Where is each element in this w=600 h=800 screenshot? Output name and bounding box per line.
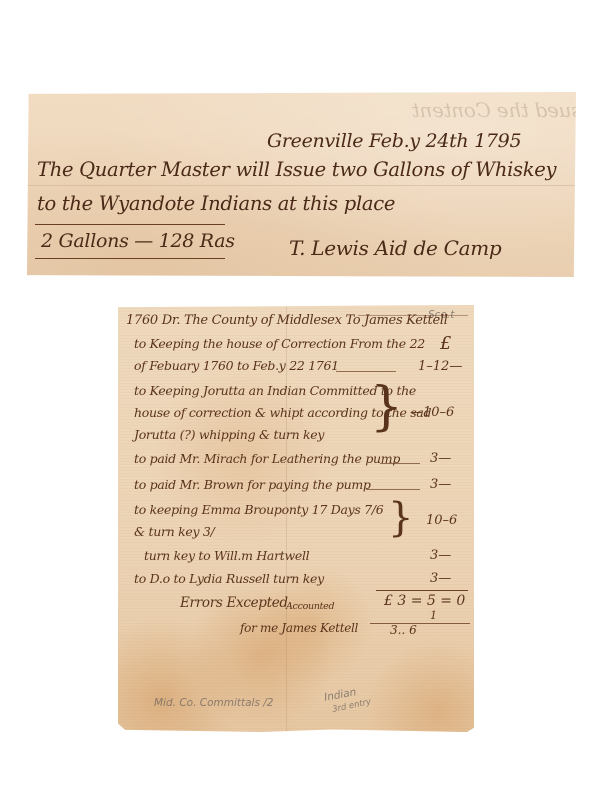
entry-7-text: to D.o to Lydia Russell turn key	[134, 571, 324, 586]
bracket-brace: }	[370, 377, 403, 437]
leader-line	[366, 489, 420, 490]
entry-6-amount: 3—	[430, 548, 451, 563]
fold-line	[27, 185, 576, 186]
document-photo: Pd. Issued the Content Greenville Feb.y …	[0, 0, 600, 800]
bill-total: £ 3 = 5 = 0	[384, 593, 465, 609]
slip-signature: T. Lewis Aid de Camp	[289, 236, 501, 260]
entry-5-amount: 10–6	[426, 513, 457, 528]
balance-rule	[370, 623, 470, 624]
slip-body-line-1: The Quarter Master will Issue two Gallon…	[37, 158, 556, 181]
entry-2-line-3: Jorutta (?) whipping & turn key	[134, 427, 324, 442]
county-bill-sheet: Sco.t 1760 Dr. The County of Middlesex T…	[118, 305, 474, 732]
pencil-note-left: Mid. Co. Committals /2	[154, 697, 274, 709]
entry-6-text: turn key to Will.m Hartwell	[144, 548, 309, 563]
whiskey-order-slip: Pd. Issued the Content Greenville Feb.y …	[27, 92, 576, 277]
entry-7-amount: 3—	[430, 571, 451, 586]
entry-5-line-2: & turn key 3/	[134, 524, 214, 539]
entry-4-amount: 3—	[430, 477, 451, 492]
balance-amount: 3.. 6	[390, 623, 417, 637]
leader-line	[336, 371, 396, 372]
slip-date-header: Greenville Feb.y 24th 1795	[267, 130, 521, 152]
entry-1-line-1: to Keeping the house of Correction From …	[134, 336, 425, 351]
bleedthrough-text: Pd. Issued the Content	[412, 98, 600, 122]
entry-3-text: to paid Mr. Mirach for Leathering the pu…	[134, 451, 400, 466]
underline-bottom	[35, 258, 225, 259]
errors-excepted: Errors Excepted	[180, 595, 288, 611]
leader-line	[380, 463, 420, 464]
entry-2-amount: —10–6	[410, 405, 454, 420]
underline-top	[35, 224, 225, 225]
bill-header: 1760 Dr. The County of Middlesex To Jame…	[126, 313, 448, 328]
adjust-amount: 1	[430, 609, 437, 622]
entry-3-amount: 3—	[430, 451, 451, 466]
bill-signature: for me James Kettell	[240, 621, 358, 635]
slip-quantity-note: 2 Gallons — 128 Ras	[41, 230, 235, 252]
entry-1-line-2: of Febuary 1760 to Feb.y 22 1761	[134, 358, 339, 373]
slip-body-line-2: to the Wyandote Indians at this place	[37, 192, 395, 215]
bracket-brace: }	[388, 495, 413, 541]
accounted-note: Accounted	[286, 601, 334, 612]
entry-1-amount: 1–12—	[418, 359, 462, 374]
entry-5-line-1: to keeping Emma Brouponty 17 Days 7/6	[134, 502, 383, 517]
entry-4-text: to paid Mr. Brown for paying the pump	[134, 477, 371, 492]
pound-symbol: £	[440, 333, 451, 354]
total-rule	[376, 590, 468, 591]
